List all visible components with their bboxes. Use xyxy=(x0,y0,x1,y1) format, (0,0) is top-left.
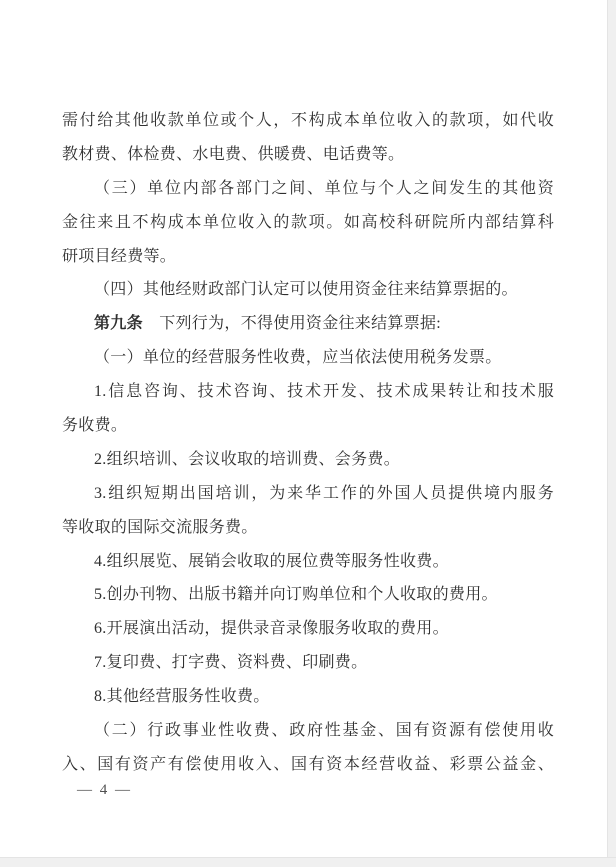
text-line: 等收取的国际交流服务费。 xyxy=(62,511,554,545)
text-line: （三）单位内部各部门之间、单位与个人之间发生的其他资 xyxy=(62,172,554,206)
document-page: 需付给其他收款单位或个人，不构成本单位收入的款项，如代收教材费、体检费、水电费、… xyxy=(0,0,616,867)
text-line: 务收费。 xyxy=(62,409,554,443)
text-line: 4.组织展览、展销会收取的展位费等服务性收费。 xyxy=(62,545,554,579)
text-line: 3.组织短期出国培训，为来华工作的外国人员提供境内服务 xyxy=(62,477,554,511)
text-line: （二）行政事业性收费、政府性基金、国有资源有偿使用收 xyxy=(62,714,554,748)
text-line: 5.创办刊物、出版书籍并向订购单位和个人收取的费用。 xyxy=(62,578,554,612)
text-line: 8.其他经营服务性收费。 xyxy=(62,680,554,714)
scan-edge-bottom xyxy=(0,857,616,867)
text-line: 教材费、体检费、水电费、供暖费、电话费等。 xyxy=(62,138,554,172)
text-line: 入、国有资产有偿使用收入、国有资本经营收益、彩票公益金、 xyxy=(62,748,554,782)
text-line: 7.复印费、打字费、资料费、印刷费。 xyxy=(62,646,554,680)
page-number: — 4 — xyxy=(77,781,132,799)
text-line: 1.信息咨询、技术咨询、技术开发、技术成果转让和技术服 xyxy=(62,375,554,409)
text-line: 金往来且不构成本单位收入的款项。如高校科研院所内部结算科 xyxy=(62,206,554,240)
text-line: （四）其他经财政部门认定可以使用资金往来结算票据的。 xyxy=(62,273,554,307)
article-number: 第九条 xyxy=(94,315,143,332)
text-line: 研项目经费等。 xyxy=(62,240,554,274)
text-line: 需付给其他收款单位或个人，不构成本单位收入的款项，如代收 xyxy=(62,104,554,138)
text-line: 6.开展演出活动，提供录音录像服务收取的费用。 xyxy=(62,612,554,646)
text-line-body: 下列行为，不得使用资金往来结算票据: xyxy=(143,315,441,332)
scan-edge-right xyxy=(607,0,616,867)
document-body: 需付给其他收款单位或个人，不构成本单位收入的款项，如代收教材费、体检费、水电费、… xyxy=(62,104,554,782)
text-line: 第九条 下列行为，不得使用资金往来结算票据: xyxy=(62,307,554,341)
text-line: （一）单位的经营服务性收费，应当依法使用税务发票。 xyxy=(62,341,554,375)
text-line: 2.组织培训、会议收取的培训费、会务费。 xyxy=(62,443,554,477)
